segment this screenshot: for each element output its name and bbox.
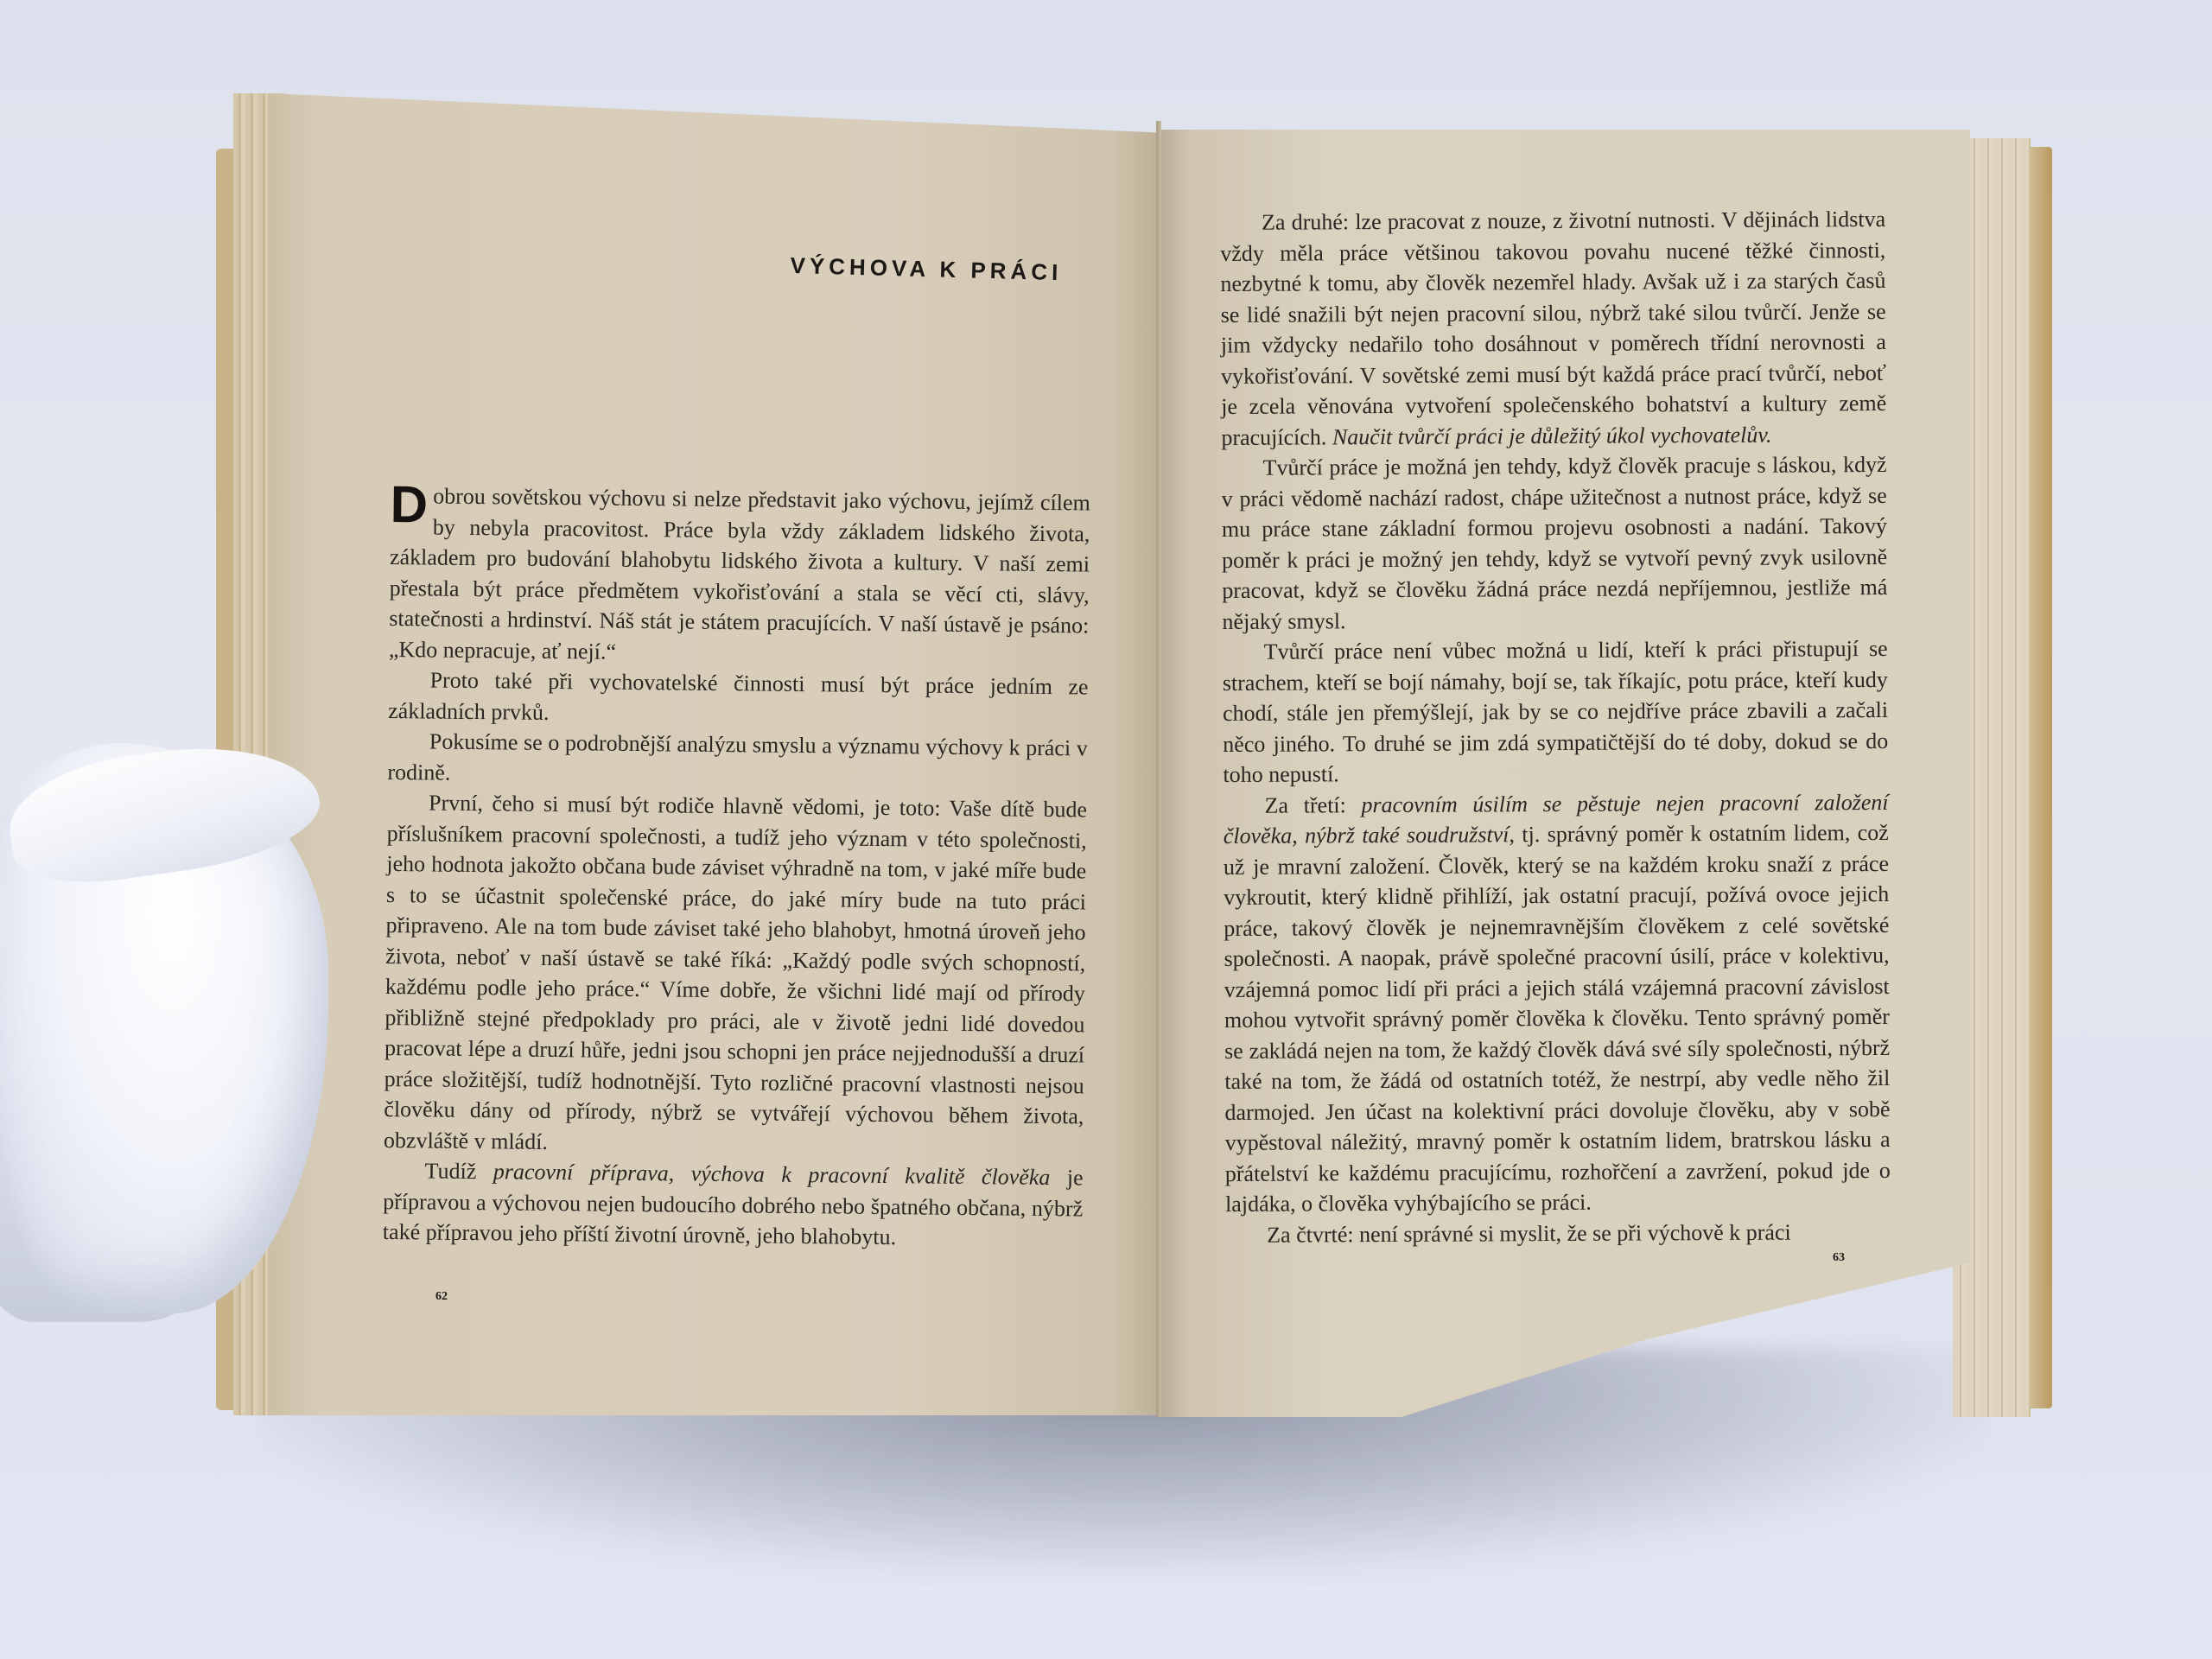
paragraph: Za třetí: pracovním úsilím se pěstuje ne…	[1224, 786, 1891, 1219]
paragraph: Pokusíme se o podrobnější analýzu smyslu…	[387, 726, 1088, 794]
paragraph: Tvůrčí práce je možná jen tehdy, když čl…	[1221, 449, 1887, 637]
paragraph: Za druhé: lze pracovat z nouze, z životn…	[1220, 204, 1886, 453]
paragraph-text: Za druhé: lze pracovat z nouze, z životn…	[1220, 207, 1886, 450]
paragraph-text: Tudíž	[424, 1158, 493, 1184]
page-number-right: 63	[1833, 1251, 1845, 1265]
paragraph: První, čeho si musí být rodiče hlavně vě…	[384, 787, 1087, 1162]
emphasis-text: pracovní příprava, výchova k pracovní kv…	[493, 1159, 1051, 1190]
left-page-text: Dobrou sovětskou výchovu si nelze předst…	[383, 480, 1090, 1255]
paragraph: Proto také při vychovatelské činnosti mu…	[388, 664, 1089, 733]
paragraph: Tvůrčí práce není vůbec možná u lidí, kt…	[1223, 633, 1889, 791]
paragraph-text: , tj. správný poměr k ostatním lidem, co…	[1224, 820, 1891, 1217]
paragraph-text: Za třetí:	[1265, 792, 1362, 818]
drop-cap: D	[390, 484, 428, 525]
page-number-left: 62	[435, 1290, 448, 1304]
right-page-text: Za druhé: lze pracovat z nouze, z životn…	[1220, 204, 1891, 1250]
emphasis-text: Naučit tvůrčí práci je důležitý úkol vyc…	[1332, 422, 1772, 449]
paragraph-text: obrou sovětskou výchovu si nelze předsta…	[389, 484, 1090, 664]
paragraph: Za čtvrté: není správné si myslit, že se…	[1225, 1216, 1891, 1250]
paragraph: Dobrou sovětskou výchovu si nelze předst…	[389, 480, 1090, 671]
book-gutter	[1156, 121, 1161, 1417]
paragraph: Tudíž pracovní příprava, výchova k praco…	[383, 1155, 1084, 1255]
